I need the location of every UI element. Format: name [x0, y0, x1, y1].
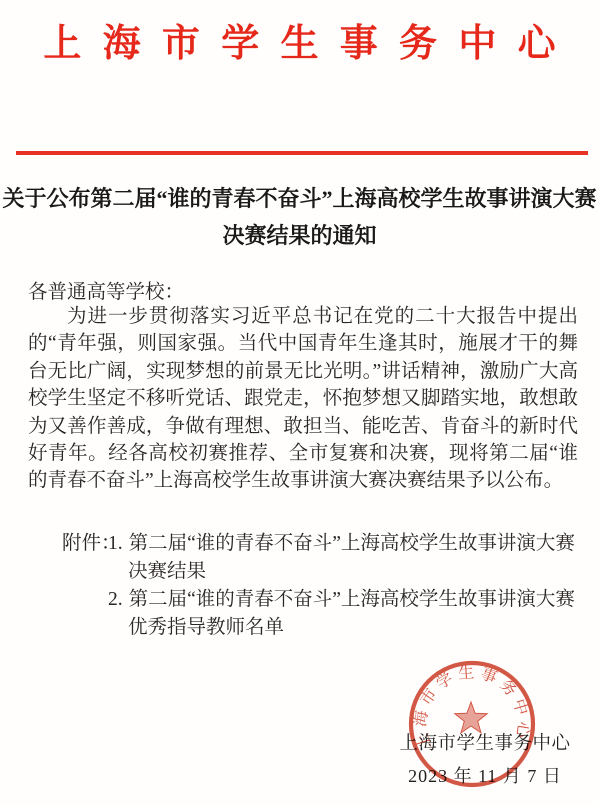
attachments-block: 附件： 1.第二届“谁的青春不奋斗”上海高校学生故事讲演大赛决赛结果 2.第二届…: [62, 530, 584, 642]
document-title-line2: 决赛结果的通知: [0, 217, 599, 254]
attachment-2-text: 第二届“谁的青春不奋斗”上海高校学生故事讲演大赛优秀指导教师名单: [128, 589, 575, 638]
seal-star-icon: [455, 702, 487, 733]
salutation: 各普通高等学校：: [28, 276, 184, 304]
document-title: 关于公布第二届“谁的青春不奋斗”上海高校学生故事讲演大赛 决赛结果的通知: [0, 180, 599, 254]
attachments-label: 附件：: [62, 530, 121, 558]
attachment-item-2: 2.第二届“谁的青春不奋斗”上海高校学生故事讲演大赛优秀指导教师名单: [108, 586, 582, 642]
attachments-list: 1.第二届“谁的青春不奋斗”上海高校学生故事讲演大赛决赛结果 2.第二届“谁的青…: [108, 530, 582, 642]
attachment-1-text: 第二届“谁的青春不奋斗”上海高校学生故事讲演大赛决赛结果: [128, 533, 575, 582]
attachment-2-number: 2.: [108, 589, 129, 610]
attachment-item-1: 1.第二届“谁的青春不奋斗”上海高校学生故事讲演大赛决赛结果: [108, 530, 582, 586]
document-page: 上海市学生事务中心 关于公布第二届“谁的青春不奋斗”上海高校学生故事讲演大赛 决…: [0, 0, 599, 805]
letterhead-title: 上海市学生事务中心: [0, 12, 599, 67]
red-divider-line: [16, 151, 588, 155]
official-seal: 上海市学生事务中心: [405, 657, 539, 791]
document-title-line1: 关于公布第二届“谁的青春不奋斗”上海高校学生故事讲演大赛: [0, 180, 599, 217]
body-paragraph: 为进一步贯彻落实习近平总书记在党的二十大报告中提出的“青年强，则国家强。当代中国…: [28, 303, 578, 495]
